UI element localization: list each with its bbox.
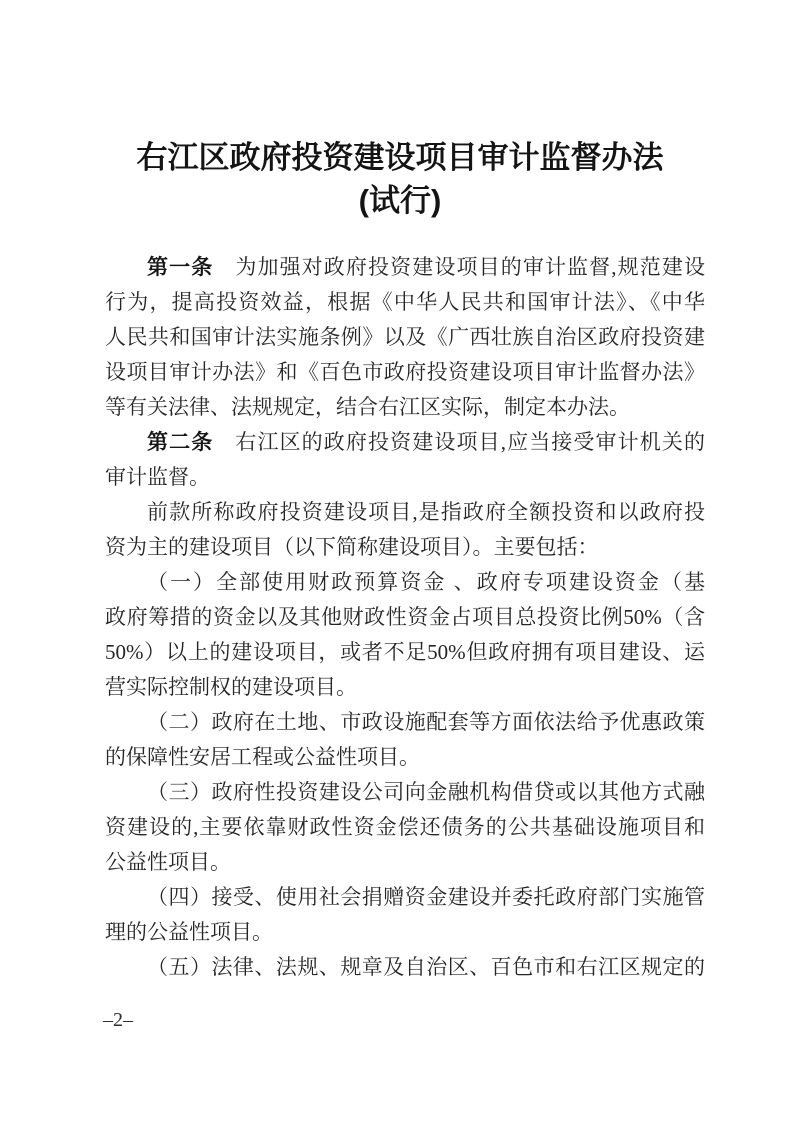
body-line: 资建设的,主要依靠财政性资金偿还债务的公共基础设施项目和	[105, 810, 705, 845]
document-title-line-2: (试行)	[100, 179, 700, 222]
body-line: 营实际控制权的建设项目。	[105, 670, 705, 705]
line-text: 为加强对政府投资建设项目的审计监督,规范建设	[235, 255, 705, 279]
document-page: 右江区政府投资建设项目审计监督办法 (试行) 第一条为加强对政府投资建设项目的审…	[0, 0, 800, 1131]
body-line: 政府筹措的资金以及其他财政性资金占项目总投资比例50%（含	[105, 600, 705, 635]
line-text: 公益性项目。	[105, 850, 231, 874]
body-line: 第一条为加强对政府投资建设项目的审计监督,规范建设	[105, 250, 705, 285]
line-text: 设项目审计办法》和《百色市政府投资建设项目审计监督办法》	[105, 360, 705, 384]
line-text: 人民共和国审计法实施条例》以及《广西壮族自治区政府投资建	[105, 325, 705, 349]
line-text: 的保障性安居工程或公益性项目。	[105, 745, 420, 769]
body-line: 的保障性安居工程或公益性项目。	[105, 740, 705, 775]
line-text: 右江区的政府投资建设项目,应当接受审计机关的	[235, 430, 705, 454]
body-line: 设项目审计办法》和《百色市政府投资建设项目审计监督办法》	[105, 355, 705, 390]
body-line: 理的公益性项目。	[105, 915, 705, 950]
document-body: 第一条为加强对政府投资建设项目的审计监督,规范建设 行为，提高投资效益，根据《中…	[105, 250, 705, 985]
line-text: 行为，提高投资效益，根据《中华人民共和国审计法》、《中华	[105, 290, 705, 314]
line-text: （一）全部使用财政预算资金 、政府专项建设资金（基金）、	[147, 570, 705, 600]
line-text: 前款所称政府投资建设项目,是指政府全额投资和以政府投	[147, 500, 705, 524]
line-text: （四）接受、使用社会捐赠资金建设并委托政府部门实施管	[147, 885, 705, 909]
line-text: 理的公益性项目。	[105, 920, 273, 944]
line-text: 资为主的建设项目（以下简称建设项目）。主要包括：	[105, 535, 599, 559]
page-number: –2–	[103, 1006, 133, 1034]
line-text: （五）法律、法规、规章及自治区、百色市和右江区规定的	[147, 955, 705, 979]
body-line: 行为，提高投资效益，根据《中华人民共和国审计法》、《中华	[105, 285, 705, 320]
document-title-line-1: 右江区政府投资建设项目审计监督办法	[100, 136, 700, 179]
body-line: （三）政府性投资建设公司向金融机构借贷或以其他方式融	[105, 775, 705, 810]
article-number: 第二条	[147, 431, 213, 454]
body-line: 人民共和国审计法实施条例》以及《广西壮族自治区政府投资建	[105, 320, 705, 355]
line-text: 资建设的,主要依靠财政性资金偿还债务的公共基础设施项目和	[105, 815, 705, 839]
body-line: （五）法律、法规、规章及自治区、百色市和右江区规定的	[105, 950, 705, 985]
line-text: 营实际控制权的建设项目。	[105, 675, 357, 699]
body-line: 公益性项目。	[105, 845, 705, 880]
line-text: （二）政府在土地、市政设施配套等方面依法给予优惠政策	[147, 710, 705, 734]
body-line: 第二条右江区的政府投资建设项目,应当接受审计机关的	[105, 425, 705, 460]
line-text: （三）政府性投资建设公司向金融机构借贷或以其他方式融	[147, 780, 705, 804]
line-text: 政府筹措的资金以及其他财政性资金占项目总投资比例50%（含	[105, 605, 705, 629]
line-text: 等有关法律、法规规定，结合右江区实际，制定本办法。	[105, 395, 630, 419]
body-line: 等有关法律、法规规定，结合右江区实际，制定本办法。	[105, 390, 705, 425]
body-line: 资为主的建设项目（以下简称建设项目）。主要包括：	[105, 530, 705, 565]
body-line: （四）接受、使用社会捐赠资金建设并委托政府部门实施管	[105, 880, 705, 915]
body-line: （一）全部使用财政预算资金 、政府专项建设资金（基金）、	[105, 565, 705, 600]
article-number: 第一条	[147, 256, 213, 279]
body-line: （二）政府在土地、市政设施配套等方面依法给予优惠政策	[105, 705, 705, 740]
document-title: 右江区政府投资建设项目审计监督办法 (试行)	[100, 136, 700, 222]
line-text: 审计监督。	[105, 465, 210, 489]
body-line: 50%）以上的建设项目，或者不足50%但政府拥有项目建设、运	[105, 635, 705, 670]
body-line: 审计监督。	[105, 460, 705, 495]
body-line: 前款所称政府投资建设项目,是指政府全额投资和以政府投	[105, 495, 705, 530]
line-text: 50%）以上的建设项目，或者不足50%但政府拥有项目建设、运	[105, 640, 705, 664]
